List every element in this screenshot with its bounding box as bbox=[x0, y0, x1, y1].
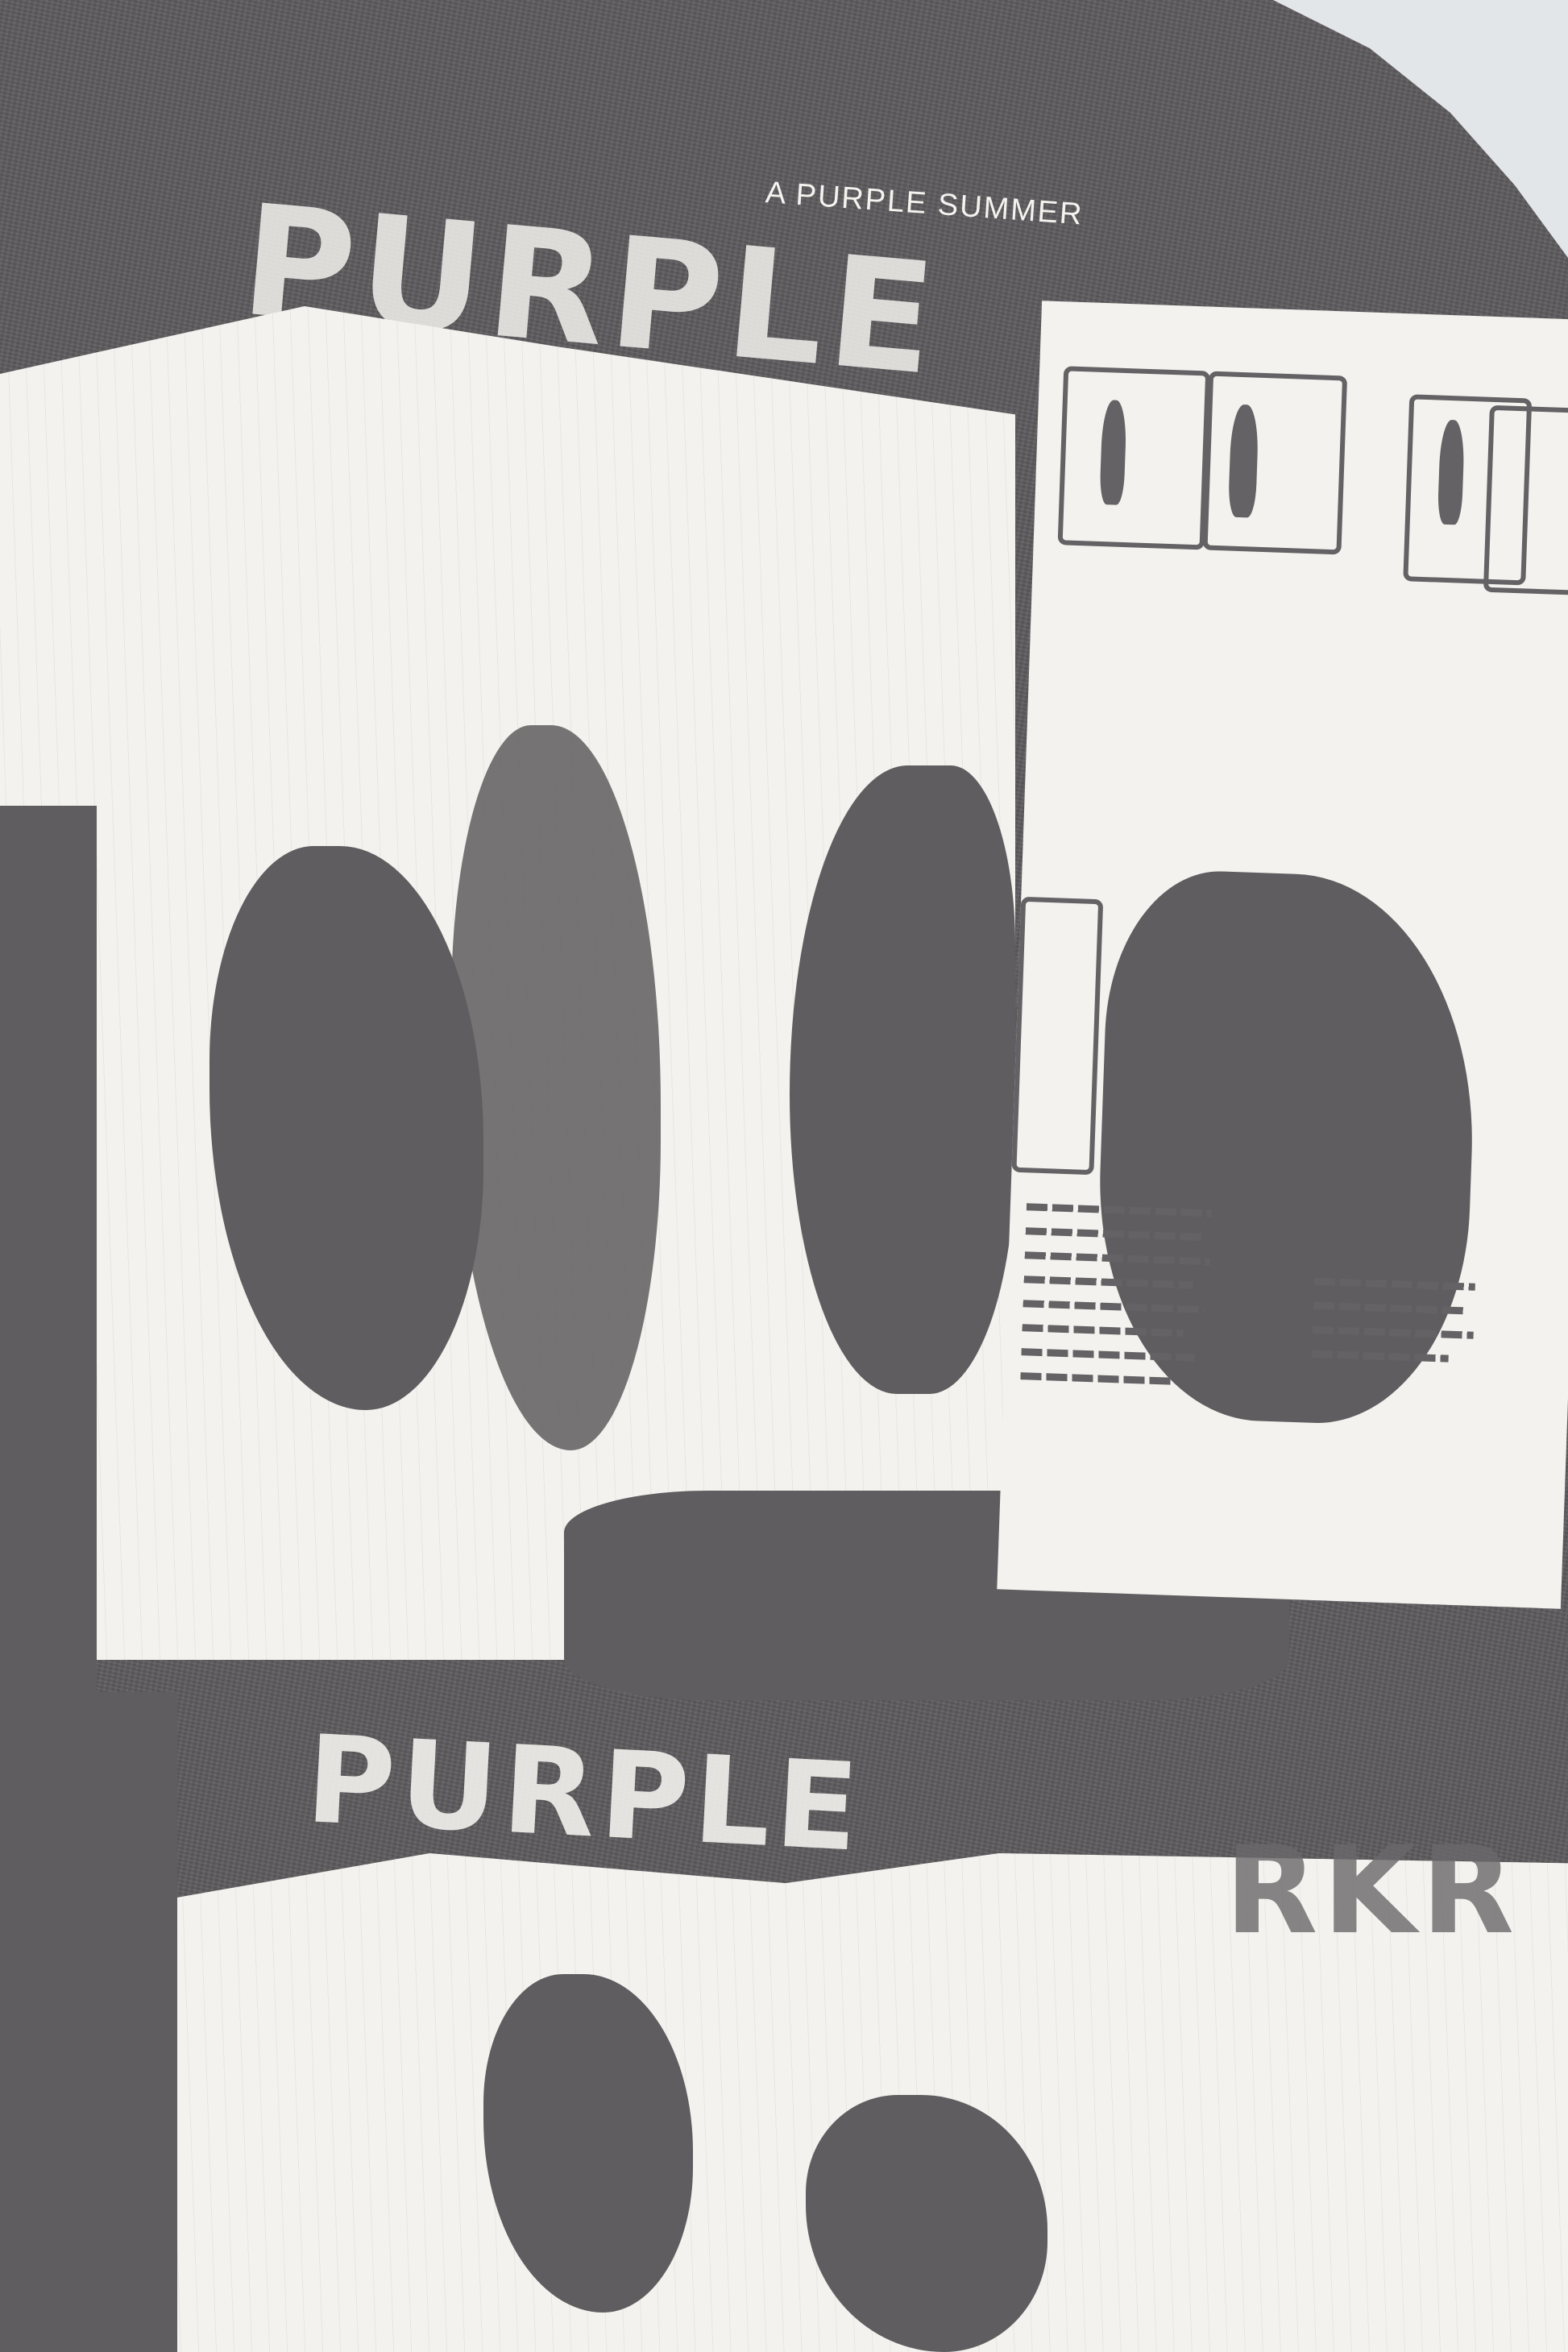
photo-scene: A PURPLE SUMMER PURPLE PURPLE RKR bbox=[0, 0, 1568, 2352]
photo-frame bbox=[1483, 405, 1568, 595]
newspaper-panel bbox=[997, 301, 1568, 1608]
photo-frame bbox=[1202, 371, 1347, 555]
distressed-wordmark-bottom: PURPLE bbox=[303, 1710, 866, 1879]
fabric-gap-left bbox=[0, 806, 97, 1692]
fabric-gap-bottom-left bbox=[0, 1692, 177, 2352]
distressed-letters-right: RKR bbox=[1225, 1821, 1519, 1961]
photo-frame bbox=[1011, 897, 1103, 1175]
photo-frame bbox=[1058, 366, 1211, 550]
figure-silhouette bbox=[1092, 868, 1481, 1429]
article-text-line bbox=[1020, 1372, 1173, 1385]
